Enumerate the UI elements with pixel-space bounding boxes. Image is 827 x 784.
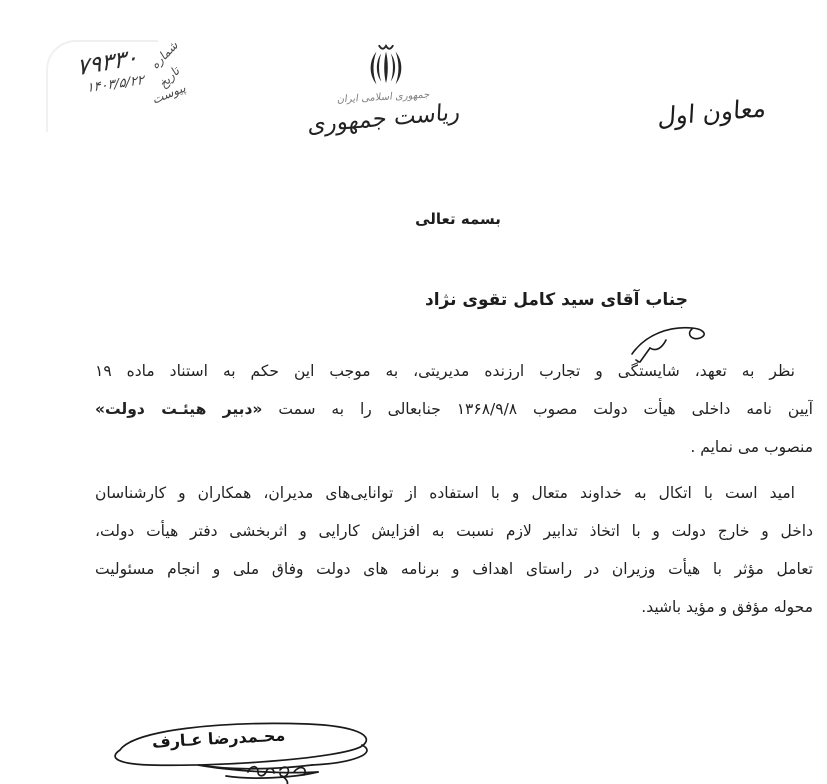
appointment-title: «دبیر هیئـت دولت»: [95, 400, 262, 418]
iran-national-emblem-icon: [362, 40, 410, 92]
body-line: محوله مؤفق و مؤید باشید.: [95, 588, 813, 626]
body-line: تعامل مؤثر با هیأت وزیران در راستای اهدا…: [95, 550, 813, 588]
letter-body: نظر به تعهد، شایستگی و تجارب ارزنده مدیر…: [95, 352, 813, 626]
letterhead-position-title: معاون اول: [628, 91, 793, 134]
handwritten-signature-flourish: [100, 714, 410, 784]
body-line: نظر به تعهد، شایستگی و تجارب ارزنده مدیر…: [95, 352, 813, 390]
paragraph-gap: [95, 466, 813, 474]
body-line: منصوب می نمایم .: [95, 428, 813, 466]
body-line-text: آیین نامه داخلی هیأت دولت مصوب ۱۳۶۸/۹/۸ …: [262, 400, 813, 418]
body-line: امید است با اتکال به خداوند متعال و با ا…: [95, 474, 813, 512]
registry-stamp: شماره ۷۹۳۳۰ تاریخ ۱۴۰۳/۵/۲۲ پیوست: [1, 40, 188, 125]
body-line: آیین نامه داخلی هیأت دولت مصوب ۱۳۶۸/۹/۸ …: [95, 390, 813, 428]
body-line: داخل و خارج دولت و با اتخاذ تدابیر لازم …: [95, 512, 813, 550]
signature-block: محـمدرضا عـارف: [100, 714, 410, 784]
addressee-name: جناب آقای سید کامل تقوی نژاد: [425, 290, 688, 310]
invocation-besmele: بسمه تعالی: [378, 210, 538, 228]
scanned-letter-page: شماره ۷۹۳۳۰ تاریخ ۱۴۰۳/۵/۲۲ پیوست جمهوری…: [0, 0, 827, 784]
